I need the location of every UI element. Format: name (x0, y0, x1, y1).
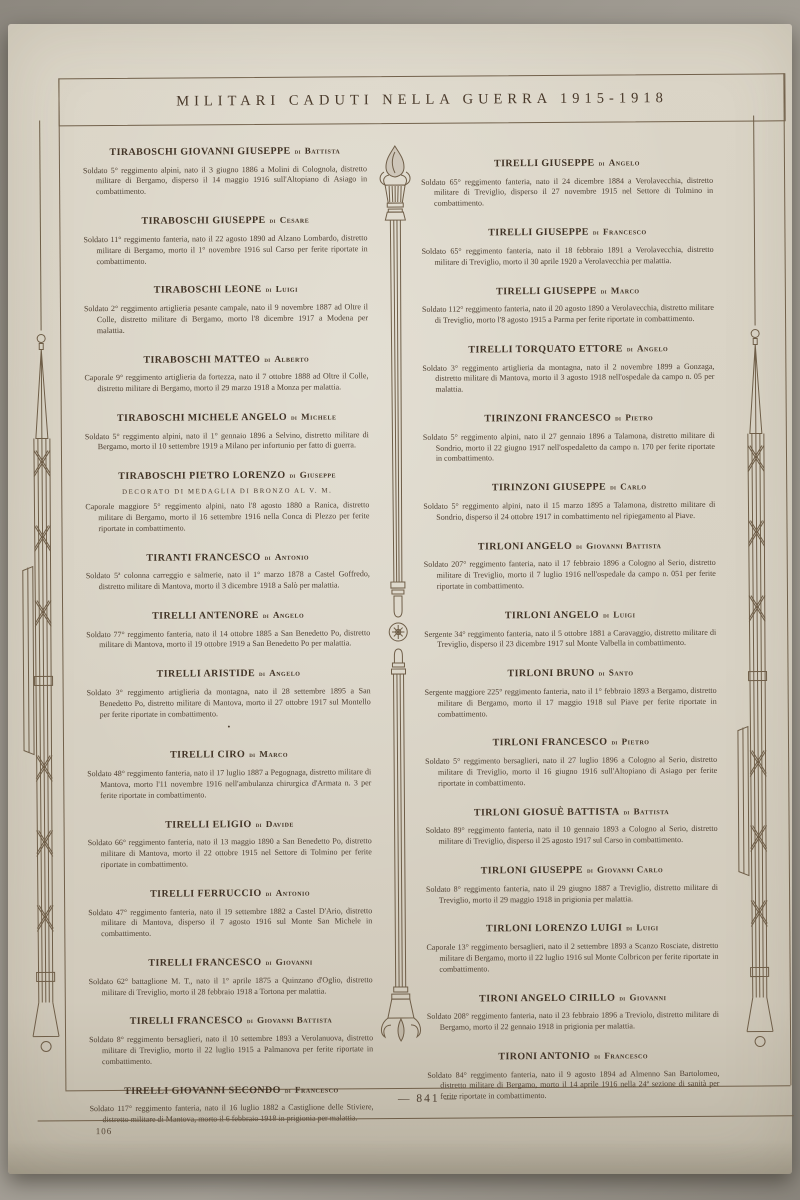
soldier-entry: TIRLONI BRUNO di Santo Sergente maggiore… (424, 662, 716, 720)
soldier-entry: TIRLONI ANGELO di Giovanni Battista Sold… (424, 534, 716, 592)
soldier-entry: TIRELLI FRANCESCO di Giovanni Battista S… (89, 1010, 373, 1068)
soldier-entry: TIRINZONI FRANCESCO di Pietro Soldato 5°… (423, 407, 715, 465)
soldier-entry: TIRABOSCHI MATTEO di Alberto Caporale 9°… (84, 348, 368, 395)
soldier-entry: TIRABOSCHI LEONE di Luigi Soldato 2° reg… (84, 279, 368, 337)
entry-body: Sergente maggiore 225° reggimento fanter… (425, 686, 717, 721)
entry-di: di (601, 286, 607, 295)
entry-body: Soldato 77° reggimento fanteria, nato il… (86, 628, 370, 652)
entry-heading: TIRLONI ANGELO di Giovanni Battista (424, 534, 716, 554)
entry-body: Soldato 8° reggimento bersaglieri, nato … (89, 1033, 373, 1068)
entry-patronymic: Pietro (622, 737, 650, 747)
entry-heading: TIRELLI GIUSEPPE di Marco (422, 279, 714, 299)
entry-body: Soldato 11° reggimento fanteria, nato il… (83, 233, 367, 268)
entry-body: Soldato 48° reggimento fanteria, nato il… (87, 767, 371, 802)
entry-name: TIRLONI GIUSEPPE (481, 865, 583, 877)
entry-body: Sergente 34° reggimento fanteria, nato i… (424, 627, 716, 651)
entry-patronymic: Giovanni Carlo (597, 864, 663, 874)
entry-name: TIRLONI ANGELO (505, 610, 599, 622)
entry-body: Soldato 5° reggimento alpini, nato il 27… (423, 431, 715, 466)
entry-patronymic: Marco (259, 749, 288, 759)
entry-patronymic: Pietro (625, 412, 653, 422)
entry-heading: TIRELLI FRANCESCO di Giovanni (88, 951, 372, 971)
entry-patronymic: Luigi (636, 923, 658, 933)
column-left: TIRABOSCHI GIOVANNI GIUSEPPE di Battista… (83, 140, 374, 1139)
entry-di: di (289, 471, 295, 480)
soldier-entry: TIRABOSCHI MICHELE ANGELO di Michele Sol… (85, 406, 369, 453)
entry-name: TIRELLI TORQUATO ETTORE (468, 343, 623, 355)
entry-name: TIRINZONI FRANCESCO (484, 413, 611, 425)
entry-di: di (247, 1017, 253, 1026)
entry-heading: TIRELLI GIUSEPPE di Angelo (421, 152, 713, 172)
entry-patronymic: Giovanni Battista (586, 540, 661, 551)
entry-di: di (256, 820, 262, 829)
soldier-entry: TIRELLI GIUSEPPE di Angelo Soldato 65° r… (421, 152, 713, 210)
entry-di: di (587, 866, 593, 875)
entry-heading: TIRELLI CIRO di Marco (87, 744, 371, 764)
soldier-entry: TIRELLI FRANCESCO di Giovanni Soldato 62… (88, 951, 372, 998)
entry-patronymic: Michele (301, 411, 336, 421)
soldier-entry: TIRANTI FRANCESCO di Antonio Soldato 5ª … (86, 546, 370, 593)
soldier-entry: TIRABOSCHI GIUSEPPE di Cesare Soldato 11… (83, 209, 367, 267)
entry-body: Soldato 5° reggimento alpini, nato il 15… (423, 500, 715, 524)
entry-heading: TIRLONI BRUNO di Santo (424, 662, 716, 682)
entry-patronymic: Angelo (609, 157, 640, 167)
entry-heading: TIRLONI ANGELO di Luigi (424, 604, 716, 624)
entry-di: di (610, 483, 616, 492)
entry-heading: TIRELLI ELIGIO di Davide (87, 813, 371, 833)
soldier-entry: TIRELLI ELIGIO di Davide Soldato 66° reg… (87, 813, 371, 871)
entry-name: TIRINZONI GIUSEPPE (492, 482, 606, 494)
entry-patronymic: Giuseppe (300, 470, 336, 480)
entry-heading: TIRABOSCHI MATTEO di Alberto (84, 348, 368, 368)
entry-heading: TIRELLI TORQUATO ETTORE di Angelo (422, 338, 714, 358)
entry-body: Soldato 112° reggimento fanteria, nato i… (422, 303, 714, 327)
entry-di: di (266, 958, 272, 967)
entry-name: TIRELLI FRANCESCO (130, 1016, 243, 1028)
entry-body: Soldato 8° reggimento fanteria, nato il … (426, 882, 718, 906)
entry-patronymic: Santo (609, 668, 634, 678)
entry-patronymic: Giovanni (276, 957, 313, 967)
entry-name: TIRANTI FRANCESCO (146, 552, 260, 564)
entry-patronymic: Giovanni (629, 992, 666, 1002)
soldier-entry: TIRELLI GIUSEPPE di Marco Soldato 112° r… (422, 279, 714, 326)
column-right: TIRELLI GIUSEPPE di Angelo Soldato 65° r… (421, 152, 720, 1116)
signature-mark: 106 (96, 1126, 113, 1136)
entry-body: Soldato 207° reggimento fanteria, nato i… (424, 558, 716, 593)
entry-body: Caporale 13° reggimento bersaglieri, nat… (426, 941, 718, 976)
entry-name: TIRABOSCHI PIETRO LORENZO (118, 470, 285, 482)
entry-heading: TIRABOSCHI LEONE di Luigi (84, 279, 368, 299)
entry-name: TIRELLI CIRO (170, 750, 245, 762)
entry-name: TIRELLI ARISTIDE (157, 668, 255, 680)
entry-heading: TIRONI ANTONIO di Francesco (427, 1045, 719, 1065)
entry-heading: TIRELLI ANTENORE di Angelo (86, 604, 370, 624)
soldier-entry: TIRONI ANGELO CIRILLO di Giovanni Soldat… (427, 986, 719, 1033)
soldier-entry: TIRELLI ANTENORE di Angelo Soldato 77° r… (86, 604, 370, 651)
soldier-entry: TIRLONI GIUSEPPE di Giovanni Carlo Solda… (426, 859, 718, 906)
entry-name: TIRABOSCHI GIOVANNI GIUSEPPE (109, 146, 290, 158)
entry-body: Soldato 62° battaglione M. T., nato il 1… (89, 975, 373, 999)
entry-body: Soldato 2° reggimento artiglieria pesant… (84, 302, 368, 337)
entry-name: TIRELLI GIUSEPPE (496, 285, 597, 297)
entry-patronymic: Antonio (275, 551, 309, 561)
soldier-entry: TIRELLI FERRUCCIO di Antonio Soldato 47°… (88, 882, 372, 940)
entry-name: TIRABOSCHI LEONE (154, 284, 262, 296)
entry-body: Soldato 208° reggimento fanteria, nato i… (427, 1010, 719, 1034)
entry-di: di (266, 889, 272, 898)
soldier-entry: TIRABOSCHI GIOVANNI GIUSEPPE di Battista… (83, 140, 367, 198)
printed-area: MILITARI CADUTI NELLA GUERRA 1915-1918 (4, 21, 796, 1176)
entry-heading: TIRANTI FRANCESCO di Antonio (86, 546, 370, 566)
entry-body: Soldato 89° reggimento fanteria, nato il… (426, 824, 718, 848)
entry-di: di (291, 413, 297, 422)
entry-patronymic: Marco (611, 285, 640, 295)
soldier-entry: TIRLONI FRANCESCO di Pietro Soldato 5° r… (425, 731, 717, 789)
entry-patronymic: Francesco (604, 1050, 648, 1060)
entry-di: di (599, 669, 605, 678)
entry-patronymic: Alberto (274, 353, 309, 363)
entry-di: di (263, 611, 269, 620)
entry-patronymic: Luigi (613, 609, 635, 619)
entry-heading: TIRELLI GIUSEPPE di Francesco (421, 221, 713, 241)
entry-name: TIRLONI LORENZO LUIGI (486, 923, 622, 935)
entry-di: di (603, 610, 609, 619)
entry-heading: TIRLONI FRANCESCO di Pietro (425, 731, 717, 751)
entry-heading: TIRINZONI FRANCESCO di Pietro (423, 407, 715, 427)
soldier-entry: TIRLONI LORENZO LUIGI di Luigi Caporale … (426, 917, 718, 975)
entry-heading: TIRELLI ARISTIDE di Angelo (86, 662, 370, 682)
entry-patronymic: Angelo (637, 343, 668, 353)
entry-heading: TIRONI ANGELO CIRILLO di Giovanni (427, 986, 719, 1006)
soldier-entry: TIRELLI GIUSEPPE di Francesco Soldato 65… (421, 221, 713, 268)
entry-name: TIRELLI FRANCESCO (148, 957, 261, 969)
entry-heading: TIRELLI FRANCESCO di Giovanni Battista (89, 1010, 373, 1030)
entry-patronymic: Giovanni Battista (257, 1015, 332, 1026)
entry-patronymic: Angelo (273, 610, 304, 620)
entry-di: di (593, 228, 599, 237)
entry-di: di (266, 285, 272, 294)
entry-name: TIRELLI GIUSEPPE (488, 227, 589, 239)
soldier-entry: TIRINZONI GIUSEPPE di Carlo Soldato 5° r… (423, 476, 715, 523)
entry-heading: TIRABOSCHI MICHELE ANGELO di Michele (85, 406, 369, 426)
entry-patronymic: Battista (305, 145, 341, 155)
entry-name: TIRELLI FERRUCCIO (150, 888, 262, 900)
entry-patronymic: Davide (266, 818, 294, 828)
entry-patronymic: Battista (634, 806, 670, 816)
entry-di: di (576, 541, 582, 550)
entry-heading: TIRABOSCHI PIETRO LORENZO di Giuseppe (85, 465, 369, 485)
entry-decoration: DECORATO DI MEDAGLIA DI BRONZO AL V. M. (85, 487, 369, 496)
entry-di: di (259, 669, 265, 678)
entry-name: TIRELLI ANTENORE (152, 610, 259, 622)
entry-body: Soldato 3° reggimento artiglieria da mon… (87, 686, 371, 721)
entry-body: Soldato 47° reggimento fanteria, nato il… (88, 906, 372, 941)
book-page: MILITARI CADUTI NELLA GUERRA 1915-1918 (8, 24, 792, 1174)
entry-heading: TIRABOSCHI GIOVANNI GIUSEPPE di Battista (83, 140, 367, 160)
entry-di: di (599, 159, 605, 168)
entry-body: Soldato 5° reggimento bersaglieri, nato … (425, 755, 717, 790)
entry-name: TIRABOSCHI MATTEO (143, 354, 260, 366)
entry-di: di (249, 750, 255, 759)
entry-di: di (615, 414, 621, 423)
entry-name: TIRLONI FRANCESCO (493, 737, 608, 749)
torch-column-ornament (373, 142, 423, 1062)
entry-di: di (295, 147, 301, 156)
soldier-entry: TIRLONI GIOSUÈ BATTISTA di Battista Sold… (425, 800, 717, 847)
entry-body: Soldato 65° reggimento fanteria, nato il… (421, 175, 713, 210)
entry-name: TIRONI ANGELO CIRILLO (479, 992, 615, 1004)
page-header-band: MILITARI CADUTI NELLA GUERRA 1915-1918 (58, 73, 785, 126)
entry-body: Caporale maggiore 5° reggimento alpini, … (85, 500, 369, 535)
fasces-ornament-right (731, 115, 786, 1075)
soldier-entry: TIRELLI CIRO di Marco Soldato 48° reggim… (87, 744, 371, 802)
entry-name: TIRELLI ELIGIO (165, 819, 252, 831)
frame-rule-right (783, 73, 791, 1085)
entry-body: Soldato 65° reggimento fanteria, nato il… (422, 245, 714, 269)
entry-name: TIRABOSCHI MICHELE ANGELO (117, 412, 287, 424)
entry-di: di (626, 924, 632, 933)
fasces-ornament-left (19, 120, 74, 1080)
entry-body: Soldato 5° reggimento alpini, nato il 3 … (83, 164, 367, 199)
soldier-entry: TIRELLI ARISTIDE di Angelo Soldato 3° re… (86, 662, 370, 732)
entry-di: di (619, 993, 625, 1002)
entry-patronymic: Cesare (280, 215, 310, 225)
entry-patronymic: Antonio (276, 888, 310, 898)
entry-name: TIRLONI BRUNO (507, 668, 594, 680)
photo-of-book-page: MILITARI CADUTI NELLA GUERRA 1915-1918 (0, 0, 800, 1200)
entry-body: Caporale 9° reggimento artiglieria da fo… (84, 371, 368, 395)
entry-heading: TIRLONI LORENZO LUIGI di Luigi (426, 917, 718, 937)
entry-body: Soldato 5ª colonna carreggio e salmerie,… (86, 569, 370, 593)
entry-di: di (269, 216, 275, 225)
entry-patronymic: Francesco (603, 226, 647, 236)
soldier-entry: TIRELLI TORQUATO ETTORE di Angelo Soldat… (422, 338, 714, 396)
entry-body: Soldato 3° reggimento artiglieria da mon… (422, 361, 714, 396)
soldier-entry: TIRABOSCHI PIETRO LORENZO di Giuseppe DE… (85, 465, 369, 535)
entry-body: Soldato 5° reggimento alpini, nato il 1°… (85, 430, 369, 454)
entry-heading: TIRABOSCHI GIUSEPPE di Cesare (83, 209, 367, 229)
entry-heading: TIRLONI GIOSUÈ BATTISTA di Battista (425, 800, 717, 820)
entry-heading: TIRELLI FERRUCCIO di Antonio (88, 882, 372, 902)
entry-heading: TIRLONI GIUSEPPE di Giovanni Carlo (426, 859, 718, 879)
entry-patronymic: Carlo (620, 482, 646, 492)
entry-separator-bullet: • (87, 723, 371, 733)
entry-name: TIRELLI GIUSEPPE (494, 158, 595, 170)
entry-di: di (264, 355, 270, 364)
entry-body: Soldato 66° reggimento fanteria, nato il… (88, 836, 372, 871)
entry-name: TIRLONI ANGELO (478, 540, 572, 552)
soldier-entry: TIRLONI ANGELO di Luigi Sergente 34° reg… (424, 604, 716, 651)
entry-di: di (627, 344, 633, 353)
page-title: MILITARI CADUTI NELLA GUERRA 1915-1918 (176, 90, 668, 110)
entry-patronymic: Luigi (276, 284, 298, 294)
entry-di: di (611, 738, 617, 747)
entry-di: di (623, 807, 629, 816)
entry-di: di (265, 552, 271, 561)
entry-di: di (594, 1052, 600, 1061)
entry-name: TIRABOSCHI GIUSEPPE (141, 215, 265, 227)
entry-name: TIRONI ANTONIO (498, 1051, 590, 1063)
entry-name: TIRLONI GIOSUÈ BATTISTA (474, 806, 620, 818)
entry-patronymic: Angelo (269, 668, 300, 678)
entry-heading: TIRINZONI GIUSEPPE di Carlo (423, 476, 715, 496)
